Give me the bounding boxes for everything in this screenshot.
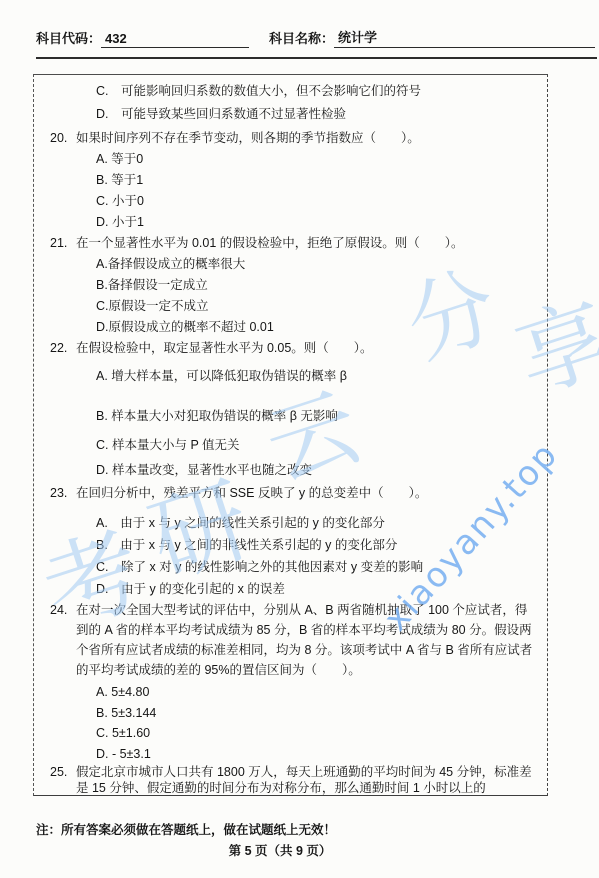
- question-number: 25.: [50, 764, 76, 796]
- answer-option: A. 5±4.80: [96, 682, 535, 703]
- question-block: 23.在回归分析中，残差平方和 SSE 反映了 y 的总变差中（ ）。A. 由于…: [50, 483, 535, 600]
- question-block: C. 可能影响回归系数的数值大小，但不会影响它们的符号D. 可能导致某些回归系数…: [50, 80, 535, 126]
- question-block: 21.在一个显著性水平为 0.01 的假设检验中，拒绝了原假设。则（ ）。A.备…: [50, 233, 535, 338]
- answer-option: A. 由于 x 与 y 之间的线性关系引起的 y 的变化部分: [96, 512, 535, 534]
- subject-code-value: 432: [101, 31, 249, 48]
- page-indicator: 第 5 页（共 9 页）: [0, 841, 560, 859]
- answer-option: C. 样本量大小与 P 值无关: [96, 435, 535, 456]
- footer-note: 注：所有答案必须做在答题纸上，做在试题纸上无效！: [36, 820, 336, 838]
- question-number: 23.: [50, 483, 76, 504]
- answer-option: B. 等于1: [96, 170, 535, 191]
- question-number: 21.: [50, 233, 76, 254]
- question-stem-row: 23.在回归分析中，残差平方和 SSE 反映了 y 的总变差中（ ）。: [50, 483, 535, 504]
- answer-option: A.备择假设成立的概率很大: [96, 254, 535, 275]
- answer-option: A. 增大样本量，可以降低犯取伪错误的概率 β: [96, 366, 535, 387]
- question-number: 22.: [50, 338, 76, 359]
- question-block: 20.如果时间序列不存在季节变动，则各期的季节指数应（ ）。A. 等于0B. 等…: [50, 128, 535, 233]
- question-number: 20.: [50, 128, 76, 149]
- question-stem: 在假设检验中，取定显著性水平为 0.05。则（ ）。: [76, 338, 535, 359]
- question-stem: 如果时间序列不存在季节变动，则各期的季节指数应（ ）。: [76, 128, 535, 149]
- question-stem-row: 25.假定北京市城市人口共有 1800 万人，每天上班通勤的平均时间为 45 分…: [50, 764, 535, 796]
- answer-option: B. 样本量大小对犯取伪错误的概率 β 无影响: [96, 406, 535, 427]
- subject-name-value: 统计学: [334, 27, 595, 48]
- question-block: 25.假定北京市城市人口共有 1800 万人，每天上班通勤的平均时间为 45 分…: [50, 764, 535, 796]
- question-block: 22.在假设检验中，取定显著性水平为 0.05。则（ ）。A. 增大样本量，可以…: [50, 338, 535, 481]
- answer-option: D.原假设成立的概率不超过 0.01: [96, 317, 535, 338]
- answer-option: B.备择假设一定成立: [96, 275, 535, 296]
- question-stem: 在回归分析中，残差平方和 SSE 反映了 y 的总变差中（ ）。: [76, 483, 535, 504]
- question-number: 24.: [50, 600, 76, 680]
- questions-list: C. 可能影响回归系数的数值大小，但不会影响它们的符号D. 可能导致某些回归系数…: [50, 80, 535, 796]
- answer-option: D. 小于1: [96, 212, 535, 233]
- question-stem-row: 20.如果时间序列不存在季节变动，则各期的季节指数应（ ）。: [50, 128, 535, 149]
- answer-option: A. 等于0: [96, 149, 535, 170]
- exam-page: 考 研 云 分 享 xiaoyany.top 科目代码： 432 科目名称： 统…: [0, 0, 599, 878]
- question-stem: 在对一次全国大型考试的评估中，分别从 A、B 两省随机抽取了 100 个应试者，…: [76, 600, 535, 680]
- answer-option: D. - 5±3.1: [96, 744, 535, 765]
- answer-option: D. 由于 y 的变化引起的 x 的误差: [96, 578, 535, 600]
- answer-option: C. 5±1.60: [96, 723, 535, 744]
- subject-code-label: 科目代码：: [36, 28, 101, 48]
- answer-option: C.原假设一定不成立: [96, 296, 535, 317]
- question-box: C. 可能影响回归系数的数值大小，但不会影响它们的符号D. 可能导致某些回归系数…: [33, 74, 548, 796]
- question-block: 24.在对一次全国大型考试的评估中，分别从 A、B 两省随机抽取了 100 个应…: [50, 600, 535, 764]
- answer-option: C. 除了 x 对 y 的线性影响之外的其他因素对 y 变差的影响: [96, 556, 535, 578]
- question-stem: 在一个显著性水平为 0.01 的假设检验中，拒绝了原假设。则（ ）。: [76, 233, 535, 254]
- answer-option: B. 5±3.144: [96, 703, 535, 724]
- answer-option: D. 样本量改变，显著性水平也随之改变: [96, 460, 535, 481]
- answer-option: C. 可能影响回归系数的数值大小，但不会影响它们的符号: [96, 80, 535, 103]
- answer-option: C. 小于0: [96, 191, 535, 212]
- question-stem-row: 22.在假设检验中，取定显著性水平为 0.05。则（ ）。: [50, 338, 535, 359]
- answer-option: B. 由于 x 与 y 之间的非线性关系引起的 y 的变化部分: [96, 534, 535, 556]
- answer-option: D. 可能导致某些回归系数通不过显著性检验: [96, 103, 535, 126]
- question-stem: 假定北京市城市人口共有 1800 万人，每天上班通勤的平均时间为 45 分钟，标…: [76, 764, 535, 796]
- exam-header: 科目代码： 432 科目名称： 统计学: [36, 27, 595, 48]
- question-stem-row: 24.在对一次全国大型考试的评估中，分别从 A、B 两省随机抽取了 100 个应…: [50, 600, 535, 680]
- header-rule: [36, 57, 597, 59]
- question-stem-row: 21.在一个显著性水平为 0.01 的假设检验中，拒绝了原假设。则（ ）。: [50, 233, 535, 254]
- subject-name-label: 科目名称：: [269, 28, 334, 48]
